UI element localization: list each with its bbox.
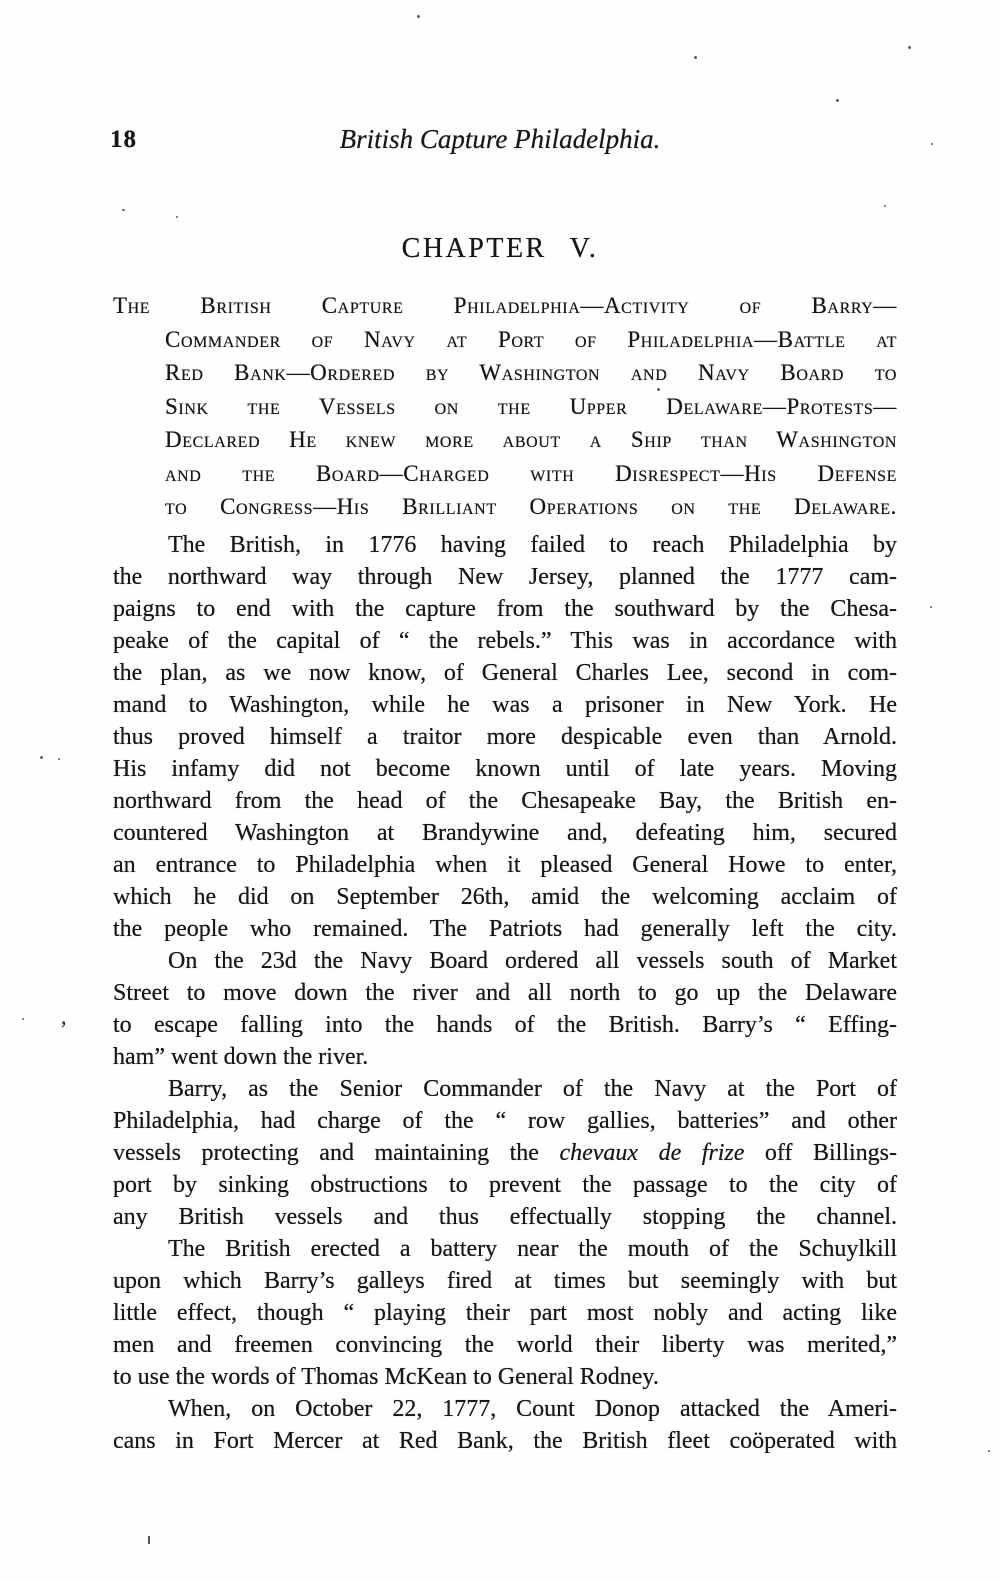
scan-speck [22,1018,24,1020]
text-line: vessels protecting and maintaining the c… [113,1137,897,1169]
summary-line: Declared He knew more about a Ship than … [113,423,897,457]
chapter-heading: CHAPTER V. [0,233,1000,265]
page-header: 18 British Capture Philadelphia. [0,124,1000,158]
text-line: countered Washington at Brandywine and, … [113,817,897,849]
scan-speck [836,99,839,102]
summary-line: Sink the Vessels on the Upper Delaware—P… [113,390,897,424]
scan-speck [417,15,420,18]
text-line: northward from the head of the Chesapeak… [113,785,897,817]
scan-tick-mark [148,1536,150,1544]
text-line: On the 23d the Navy Board ordered all ve… [113,945,897,977]
text-line: any British vessels and thus effectually… [113,1201,897,1233]
scan-speck [122,209,125,211]
book-page: 18 British Capture Philadelphia. CHAPTER… [0,0,1000,1581]
text-line: little effect, though “ playing their pa… [113,1297,897,1329]
scan-speck [931,143,933,145]
body-text: The British, in 1776 having failed to re… [113,529,897,1457]
text-line: port by sinking obstructions to prevent … [113,1169,897,1201]
summary-line: Red Bank—Ordered by Washington and Navy … [113,356,897,390]
summary-line: The British Capture Philadelphia—Activit… [113,289,897,323]
text-line: the plan, as we now know, of General Cha… [113,657,897,689]
text-line: Barry, as the Senior Commander of the Na… [113,1073,897,1105]
text-line: peake of the capital of “ the rebels.” T… [113,625,897,657]
text-line: the people who remained. The Patriots ha… [113,913,897,945]
text-line: to use the words of Thomas McKean to Gen… [113,1361,897,1393]
running-head: British Capture Philadelphia. [0,124,1000,155]
scan-speck [58,758,60,760]
text-line: the northward way through New Jersey, pl… [113,561,897,593]
text-line: cans in Fort Mercer at Red Bank, the Bri… [113,1425,897,1457]
text-line: Street to move down the river and all no… [113,977,897,1009]
scan-speck [988,1450,990,1452]
text-line: upon which Barry’s galleys fired at time… [113,1265,897,1297]
chapter-summary: The British Capture Philadelphia—Activit… [113,289,897,524]
text-line: mand to Washington, while he was a priso… [113,689,897,721]
scan-speck [694,56,697,59]
scan-speck [176,216,178,218]
scan-speck [40,756,43,759]
text-line: His infamy did not become known until of… [113,753,897,785]
text-line: which he did on September 26th, amid the… [113,881,897,913]
text-line: When, on October 22, 1777, Count Donop a… [113,1393,897,1425]
text-line: men and freemen convincing the world the… [113,1329,897,1361]
summary-line: Commander of Navy at Port of Philadelphi… [113,323,897,357]
scan-speck [884,205,886,207]
page-number: 18 [110,126,137,154]
scan-speck [908,46,911,49]
text-line: The British erected a battery near the m… [113,1233,897,1265]
text-line: Philadelphia, had charge of the “ row ga… [113,1105,897,1137]
text-line: to escape falling into the hands of the … [113,1009,897,1041]
summary-line: and the Board—Charged with Disrespect—Hi… [113,457,897,491]
summary-line: to Congress—His Brilliant Operations on … [113,490,897,524]
scan-comma-mark: , [61,1006,67,1028]
scan-speck [657,388,660,391]
text-line: thus proved himself a traitor more despi… [113,721,897,753]
scan-speck [930,606,932,608]
text-line: paigns to end with the capture from the … [113,593,897,625]
text-line: The British, in 1776 having failed to re… [113,529,897,561]
text-line: ham” went down the river. [113,1041,897,1073]
text-line: an entrance to Philadelphia when it plea… [113,849,897,881]
